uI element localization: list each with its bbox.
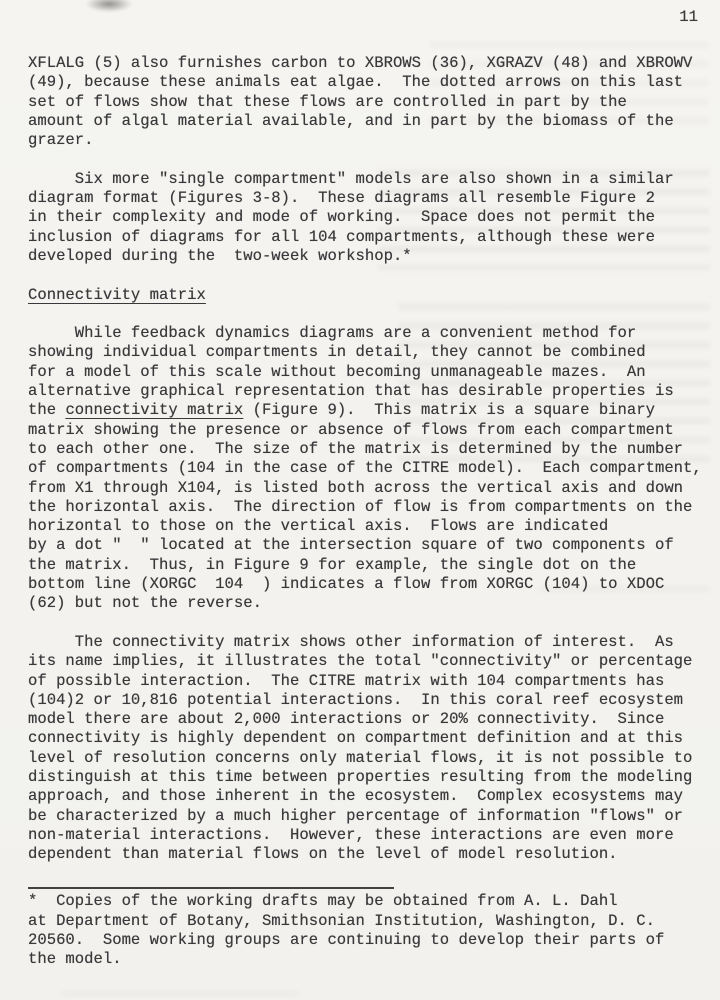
text-line: developed during the two-week workshop.* — [28, 247, 708, 266]
bleed-through-artifact — [60, 980, 300, 996]
text-line: (62) but not the reverse. — [28, 594, 708, 613]
text-line: XFLALG (5) also furnishes carbon to XBRO… — [28, 54, 708, 73]
text-line: diagram format (Figures 3-8). These diag… — [28, 189, 708, 208]
text-line: * Copies of the working drafts may be ob… — [28, 892, 708, 911]
text-line: distinguish at this time between propert… — [28, 768, 708, 787]
text-line: for a model of this scale without becomi… — [28, 363, 708, 382]
text-line: inclusion of diagrams for all 104 compar… — [28, 228, 708, 247]
text-line: (49), because these animals eat algae. T… — [28, 73, 708, 92]
text-line: the model. — [28, 950, 708, 969]
footnote-working-drafts: * Copies of the working drafts may be ob… — [28, 887, 708, 969]
text-line: set of flows show that these flows are c… — [28, 93, 708, 112]
text-line: horizontal to those on the vertical axis… — [28, 517, 708, 536]
section-heading-connectivity-matrix: Connectivity matrix — [28, 286, 708, 305]
text-segment: (Figure 9). This matrix is a square bina… — [243, 401, 655, 419]
text-line: to each other one. The size of the matri… — [28, 440, 708, 459]
text-line: from X1 through X104, is listed both acr… — [28, 479, 708, 498]
text-line: dependent than material flows on the lev… — [28, 845, 708, 864]
text-line: Six more "single compartment" models are… — [28, 170, 708, 189]
text-segment: the — [28, 401, 65, 419]
text-line: the connectivity matrix (Figure 9). This… — [28, 401, 708, 420]
text-line: grazer. — [28, 131, 708, 150]
document-body: XFLALG (5) also furnishes carbon to XBRO… — [28, 54, 708, 970]
text-line: the horizontal axis. The direction of fl… — [28, 498, 708, 517]
text-line: level of resolution concerns only materi… — [28, 749, 708, 768]
text-line: approach, and those inherent in the ecos… — [28, 787, 708, 806]
paragraph-six-more-models: Six more "single compartment" models are… — [28, 170, 708, 266]
underlined-term: connectivity matrix — [65, 401, 243, 419]
text-line: amount of algal material available, and … — [28, 112, 708, 131]
text-line: connectivity is highly dependent on comp… — [28, 729, 708, 748]
scan-smudge — [86, 0, 132, 12]
paragraph-connectivity-info: The connectivity matrix shows other info… — [28, 633, 708, 865]
paragraph-xflalg: XFLALG (5) also furnishes carbon to XBRO… — [28, 54, 708, 150]
text-line: be characterized by a much higher percen… — [28, 807, 708, 826]
text-line: 20560. Some working groups are continuin… — [28, 931, 708, 950]
text-line: model there are about 2,000 interactions… — [28, 710, 708, 729]
text-line: by a dot " " located at the intersection… — [28, 536, 708, 555]
heading-text: Connectivity matrix — [28, 286, 708, 305]
text-line: its name implies, it illustrates the tot… — [28, 652, 708, 671]
text-line: at Department of Botany, Smithsonian Ins… — [28, 912, 708, 931]
text-line: showing individual compartments in detai… — [28, 343, 708, 362]
text-line: (104)2 or 10,816 potential interactions.… — [28, 691, 708, 710]
text-line: matrix showing the presence or absence o… — [28, 421, 708, 440]
text-line: non-material interactions. However, thes… — [28, 826, 708, 845]
text-line: in their complexity and mode of working.… — [28, 208, 708, 227]
text-line: of compartments (104 in the case of the … — [28, 459, 708, 478]
text-line: The connectivity matrix shows other info… — [28, 633, 708, 652]
text-line: While feedback dynamics diagrams are a c… — [28, 324, 708, 343]
footnote-rule — [28, 887, 394, 889]
text-line: alternative graphical representation tha… — [28, 382, 708, 401]
text-line: the matrix. Thus, in Figure 9 for exampl… — [28, 556, 708, 575]
text-line: of possible interaction. The CITRE matri… — [28, 672, 708, 691]
text-line: bottom line (XORGC 104 ) indicates a flo… — [28, 575, 708, 594]
scanned-document-page: 11 XFLALG (5) also furnishes carbon to X… — [0, 0, 720, 1000]
page-number: 11 — [679, 8, 698, 26]
paragraph-matrix-description: While feedback dynamics diagrams are a c… — [28, 324, 708, 613]
